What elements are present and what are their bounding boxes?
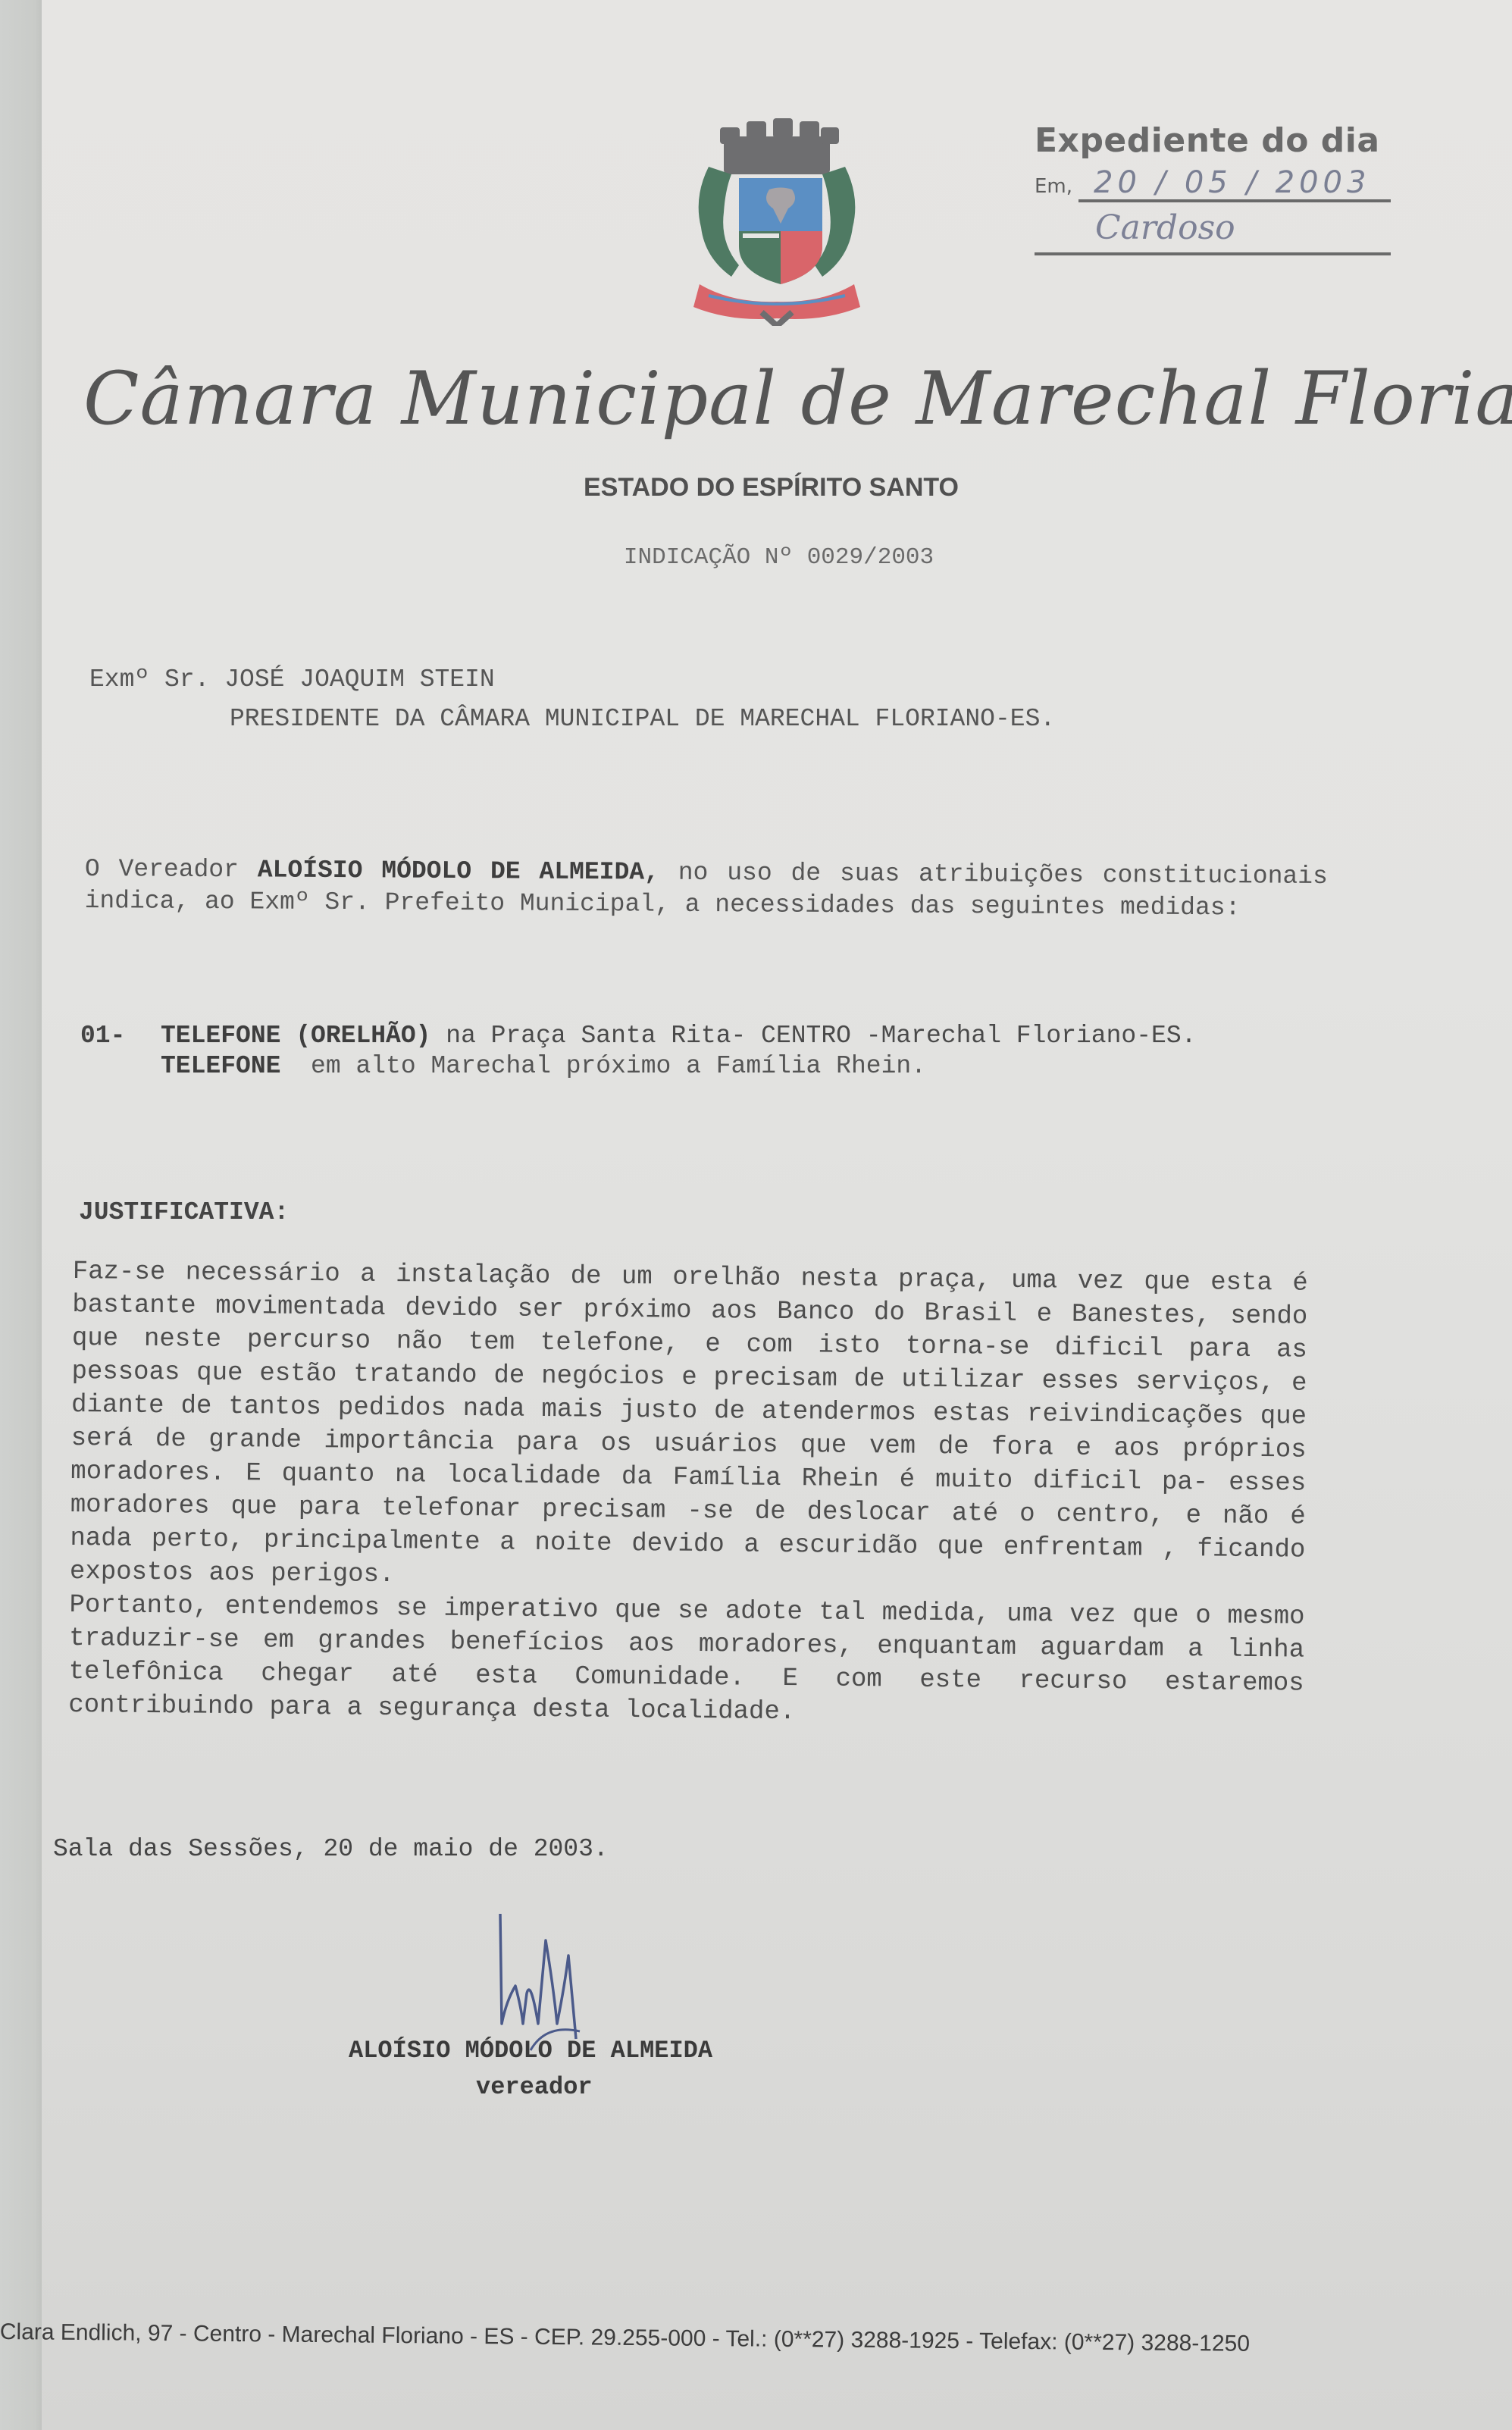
justification-paragraph: Faz-se necessário a instalação de um ore…	[70, 1255, 1308, 1601]
item-line: TELEFONE em alto Marechal próximo a Famí…	[161, 1054, 926, 1079]
recipient-salutation: Exmº Sr.	[89, 665, 209, 694]
recipient-title: PRESIDENTE DA CÂMARA MUNICIPAL DE MARECH…	[230, 706, 1055, 731]
item-bold-label: TELEFONE (ORELHÃO)	[161, 1022, 430, 1050]
recipient-line: Exmº Sr. JOSÉ JOAQUIM STEIN	[89, 667, 495, 692]
page-edge-shadow	[0, 0, 44, 2430]
item-bold-label: TELEFONE	[161, 1052, 280, 1080]
justification-title: JUSTIFICATIVA:	[79, 1200, 289, 1225]
stamp-date: 20 / 05 / 2003	[1078, 168, 1391, 202]
reception-stamp: Expediente do dia Em, 20 / 05 / 2003 Car…	[1035, 121, 1391, 255]
document-number: INDICAÇÃO Nº 0029/2003	[0, 544, 1512, 571]
item-number: 01-	[80, 1023, 125, 1048]
item-text: na Praça Santa Rita- CENTRO -Marechal Fl…	[430, 1022, 1196, 1050]
item-text: em alto Marechal próximo a Família Rhein…	[280, 1052, 926, 1080]
closing-place-date: Sala das Sessões, 20 de maio de 2003.	[53, 1837, 609, 1862]
state-subtitle: ESTADO DO ESPÍRITO SANTO	[0, 473, 1512, 503]
stamp-title: Expediente do dia	[1035, 121, 1391, 160]
stamp-date-line: Em, 20 / 05 / 2003	[1035, 163, 1391, 202]
institution-title: Câmara Municipal de Marechal Floriano	[83, 356, 1387, 441]
stamp-em-label: Em,	[1035, 175, 1072, 202]
signer-name: ALOÍSIO MÓDOLO DE ALMEIDA	[349, 2039, 712, 2063]
intro-author: ALOÍSIO MÓDOLO DE ALMEIDA,	[258, 856, 659, 886]
coat-of-arms-icon	[686, 114, 868, 326]
intro-prefix: O Vereador	[85, 855, 258, 884]
stamp-signature: Cardoso	[1035, 205, 1391, 255]
signer-role: vereador	[476, 2075, 593, 2100]
intro-paragraph: O Vereador ALOÍSIO MÓDOLO DE ALMEIDA, no…	[84, 853, 1327, 925]
justification-paragraph: Portanto, entendemos se imperativo que s…	[68, 1589, 1305, 1734]
handwritten-signature-icon	[485, 1910, 591, 2054]
recipient-name: JOSÉ JOAQUIM STEIN	[224, 665, 494, 694]
justification-body: Faz-se necessário a instalação de um ore…	[68, 1255, 1308, 1734]
item-line: TELEFONE (ORELHÃO) na Praça Santa Rita- …	[161, 1023, 1196, 1048]
